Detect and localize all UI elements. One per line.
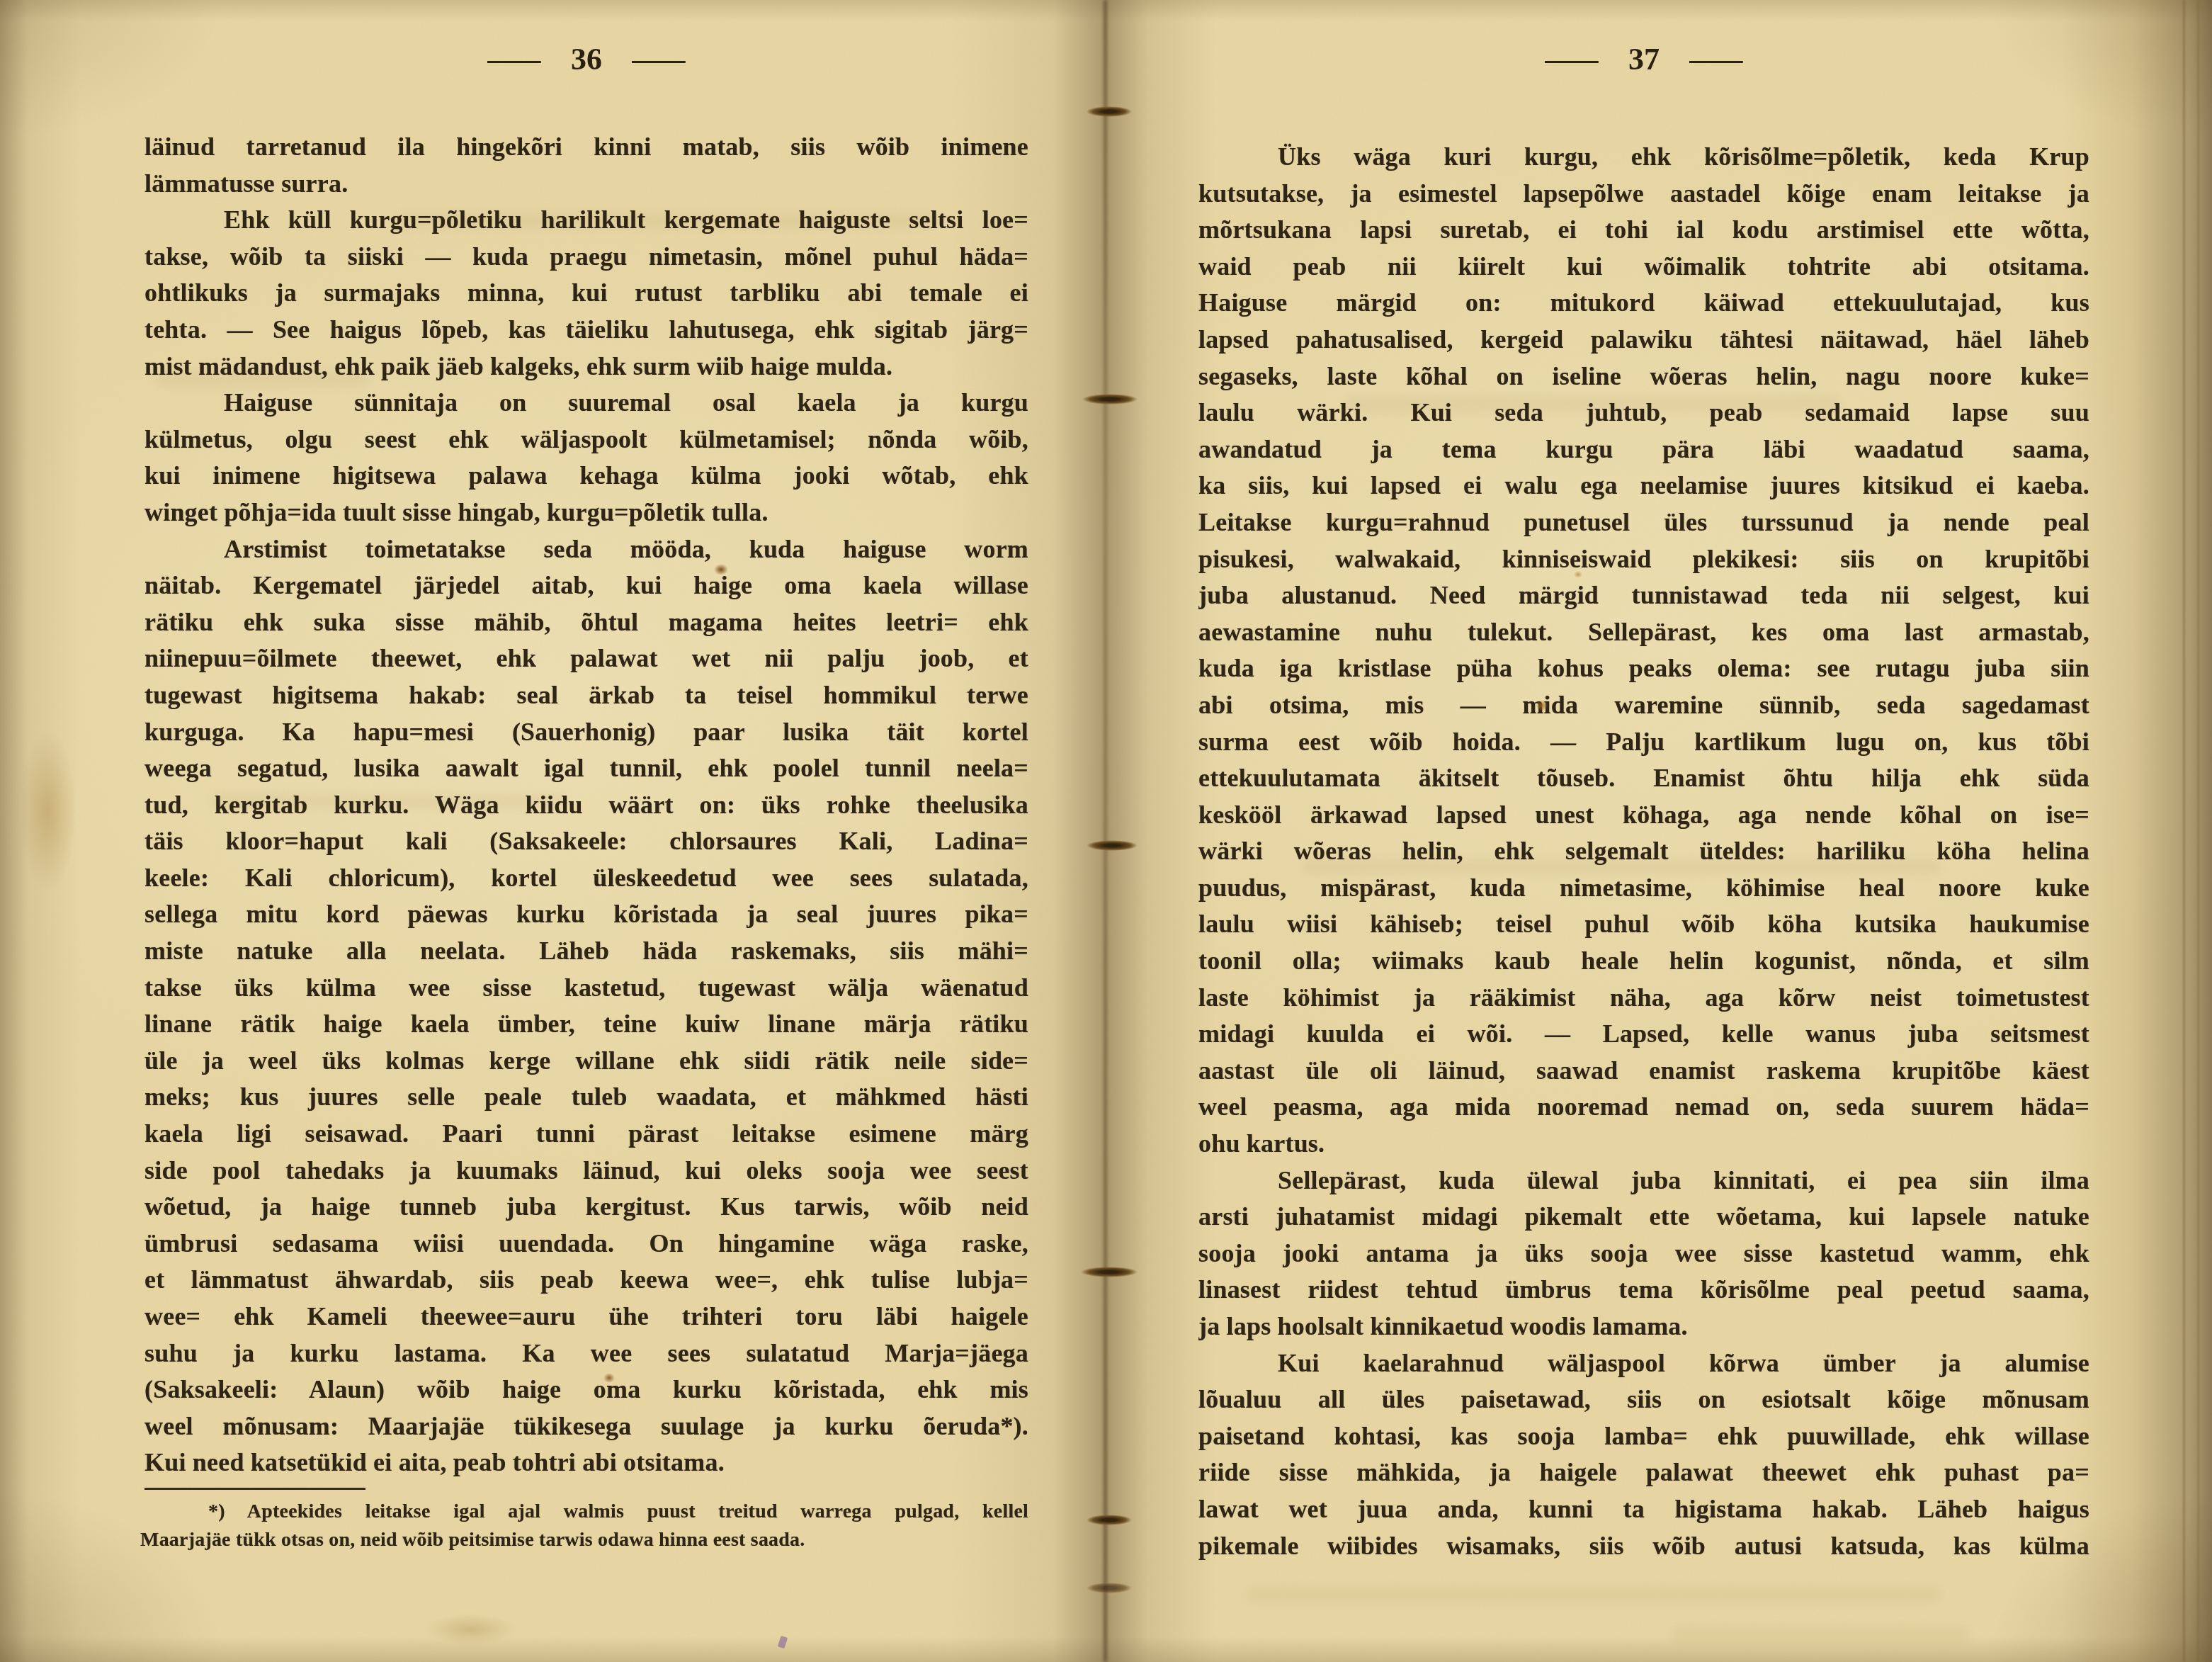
ink-mark: [778, 1636, 788, 1649]
stain: [425, 1614, 517, 1645]
page-edge-line: [2183, 0, 2185, 1662]
stain: [714, 564, 728, 575]
text-line: pikemale wiibides wisamaks, siis wõib au…: [1198, 1528, 2089, 1565]
header-dash: —: [633, 44, 686, 75]
page-37-body-text: Üks wäga kuri kurgu, ehk kõrisõlme=põlet…: [1198, 139, 2089, 1564]
page-header-37: — 37 —: [1198, 44, 2089, 75]
book-scan: — 36 — läinud tarretanud ila hingekõri k…: [0, 0, 2212, 1662]
page-36-footnote: *) Apteekides leitakse igal ajal walmis …: [140, 1498, 1028, 1554]
text-line: täis kloor=haput kali (Saksakeele: chlor…: [144, 823, 1028, 860]
header-dash: —: [1545, 44, 1599, 75]
text-line: sellega mitu kord päewas kurku kõristada…: [144, 896, 1028, 933]
text-line: lawat wet juua anda, kunni ta higistama …: [1198, 1491, 2089, 1528]
text-line: ohu kartus.: [1198, 1126, 2089, 1163]
text-line: linasest riidest tehtud ümbrus tema kõri…: [1198, 1272, 2089, 1308]
text-line: toonil olla; wiimaks kaub heale helin ko…: [1198, 943, 2089, 980]
text-line: tehta. — See haigus lõpeb, kas täieliku …: [144, 312, 1028, 349]
text-line: aastast üle oli läinud, saawad enamist r…: [1198, 1053, 2089, 1090]
text-line: Kui need katsetükid ei aita, peab tohtri…: [144, 1445, 1028, 1481]
text-line: ettekuulutamata äkitselt tõuseb. Enamist…: [1198, 760, 2089, 797]
stain: [20, 730, 76, 893]
text-line: Arstimist toimetatakse seda mööda, kuda …: [144, 531, 1028, 568]
text-line: weel mõnusam: Maarjajäe tükikesega suula…: [144, 1408, 1028, 1445]
text-line: linane rätik haige kaela ümber, teine ku…: [144, 1006, 1028, 1043]
text-line: mõrtsukana lapsi suretab, ei tohi ial ko…: [1198, 212, 2089, 249]
text-line: segaseks, laste kõhal on iseline wõeras …: [1198, 358, 2089, 395]
text-line: laulu wiisi kähiseb; teisel puhul wõib k…: [1198, 906, 2089, 943]
text-line: Ehk küll kurgu=põletiku harilikult kerge…: [144, 202, 1028, 239]
text-line: kui inimene higitsewa palawa kehaga külm…: [144, 458, 1028, 494]
text-line: üle ja weel üks kolmas kerge willane ehk…: [144, 1043, 1028, 1080]
page-number: 37: [1628, 44, 1660, 75]
text-line: wee= ehk Kameli theewee=auru ühe trihter…: [144, 1299, 1028, 1335]
text-line: wõetud, ja haige tunneb juba kergitust. …: [144, 1189, 1028, 1226]
text-line: et lämmatust ähwardab, siis peab keewa w…: [144, 1262, 1028, 1299]
text-line: aewastamine nuhu tulekut. Sellepärast, k…: [1198, 614, 2089, 651]
text-line: paisetand kohtasi, kas sooja lamba= ehk …: [1198, 1418, 2089, 1455]
header-dash: —: [488, 44, 541, 75]
stitch-mark: [1081, 1267, 1138, 1277]
text-line: riide sisse mähkida, ja haigele palawat …: [1198, 1454, 2089, 1491]
text-line: tud, kergitab kurku. Wäga kiidu wäärt on…: [144, 787, 1028, 824]
text-line: weel peasma, aga mida nooremad nemad on,…: [1198, 1089, 2089, 1126]
page-header-36: — 36 —: [144, 44, 1028, 75]
text-line: miste natuke alla neelata. Läheb häda ra…: [144, 933, 1028, 970]
text-line: laste köhimist ja rääkimist näha, aga kõ…: [1198, 980, 2089, 1017]
stain: [1536, 700, 1548, 711]
text-line: kaela ligi seisawad. Paari tunni pärast …: [144, 1116, 1028, 1153]
text-line: Maarjajäe tükk otsas on, neid wõib peits…: [140, 1526, 1028, 1554]
text-line: side pool tahedaks ja kuumaks läinud, ku…: [144, 1153, 1028, 1189]
show-through-mark: [1247, 1587, 1941, 1602]
text-line: midagi kuulda ei wõi. — Lapsed, kelle wa…: [1198, 1016, 2089, 1053]
text-line: niinepuu=õilmete theewet, ehk palawat we…: [144, 640, 1028, 677]
header-dash: —: [1690, 44, 1743, 75]
text-line: rätiku ehk suka sisse mähib, õhtul magam…: [144, 604, 1028, 641]
text-line: Kui kaelarahnud wäljaspool kõrwa ümber j…: [1198, 1345, 2089, 1382]
stitch-mark: [1087, 840, 1138, 851]
text-line: keele: Kali chloricum), kortel üleskeede…: [144, 860, 1028, 897]
text-line: keskööl ärkawad lapsed unest köhaga, aga…: [1198, 797, 2089, 834]
text-line: Leitakse kurgu=rahnud punetusel üles tur…: [1198, 504, 2089, 541]
text-line: surma eest wõib hoida. — Palju kartlikum…: [1198, 724, 2089, 761]
text-line: (Saksakeeli: Alaun) wõib haige oma kurku…: [144, 1372, 1028, 1408]
text-line: lapsed pahatusalised, kergeid palawiku t…: [1198, 322, 2089, 358]
text-line: Haiguse märgid on: mitukord käiwad ettek…: [1198, 285, 2089, 322]
text-line: lõualuu all üles paisetawad, siis on esi…: [1198, 1381, 2089, 1418]
stain: [603, 1373, 615, 1383]
text-line: külmetus, olgu seest ehk wäljaspoolt kül…: [144, 422, 1028, 458]
text-line: pisukesi, walwakaid, kinniseiswaid pleki…: [1198, 541, 2089, 578]
stitch-mark: [1087, 1515, 1132, 1525]
text-line: juba alustanud. Need märgid tunnistawad …: [1198, 577, 2089, 614]
text-line: *) Apteekides leitakse igal ajal walmis …: [140, 1498, 1028, 1526]
text-line: läinud tarretanud ila hingekõri kinni ma…: [144, 129, 1028, 166]
text-line: ohtlikuks ja surmajaks minna, kui rutust…: [144, 275, 1028, 312]
page-edge-line: [2197, 0, 2199, 1662]
text-line: kutsutakse, ja esimestel lapsepõlwe aast…: [1198, 176, 2089, 213]
text-line: wärki wõeras helin, ehk selgemalt ütelde…: [1198, 833, 2089, 870]
text-line: puudus, mispärast, kuda nimetasime, köhi…: [1198, 870, 2089, 907]
text-line: abi otsima, mis — mida waremine sünnib, …: [1198, 687, 2089, 724]
text-line: lämmatusse surra.: [144, 166, 1028, 203]
text-line: meks; kus juures selle peale tuleb waada…: [144, 1079, 1028, 1116]
text-line: mist mädandust, ehk paik jäeb kalgeks, e…: [144, 349, 1028, 385]
text-line: weega segatud, lusika aawalt igal tunnil…: [144, 750, 1028, 787]
page-36-body-text: läinud tarretanud ila hingekõri kinni ma…: [144, 129, 1028, 1481]
text-line: awandatud ja tema kurgu pära läbi waadat…: [1198, 431, 2089, 468]
page-number: 36: [571, 44, 602, 75]
text-line: takse üks külma wee sisse kastetud, tuge…: [144, 970, 1028, 1007]
text-line: Sellepärast, kuda ülewal juba kinnitati,…: [1198, 1163, 2089, 1199]
stitch-mark: [1087, 106, 1132, 117]
gutter-crease: [1104, 0, 1107, 1662]
text-line: winget põhja=ida tuult sisse hingab, kur…: [144, 494, 1028, 531]
text-line: ka siis, kui lapsed ei walu ega neelamis…: [1198, 468, 2089, 504]
stain: [1574, 571, 1582, 578]
text-line: näitab. Kergematel järjedel aitab, kui h…: [144, 567, 1028, 604]
stitch-mark: [1082, 394, 1138, 405]
text-line: ümbrusi sedasama wiisi uuendada. On hing…: [144, 1226, 1028, 1262]
text-line: sooja jooki antama ja üks sooja wee siss…: [1198, 1236, 2089, 1272]
text-line: waid peab nii kiirelt kui wõimalik tohtr…: [1198, 249, 2089, 286]
text-line: kurguga. Ka hapu=mesi (Sauerhonig) paar …: [144, 714, 1028, 751]
footnote-separator-rule: [144, 1488, 365, 1490]
text-line: takse, wõib ta siiski — kuda praegu nime…: [144, 239, 1028, 276]
text-line: kuda iga kristlase püha kohus peaks olem…: [1198, 650, 2089, 687]
show-through-mark: [1672, 1627, 1969, 1642]
text-line: Haiguse sünnitaja on suuremal osal kaela…: [144, 385, 1028, 422]
text-line: suhu ja kurku lastama. Ka wee sees sulat…: [144, 1335, 1028, 1372]
text-line: tugewast higitsema hakab: seal ärkab ta …: [144, 677, 1028, 714]
text-line: Üks wäga kuri kurgu, ehk kõrisõlme=põlet…: [1198, 139, 2089, 176]
text-line: arsti juhatamist midagi pikemalt ette wõ…: [1198, 1199, 2089, 1236]
text-line: laulu wärki. Kui seda juhtub, peab sedam…: [1198, 395, 2089, 431]
stitch-mark: [1087, 1583, 1132, 1593]
text-line: ja laps hoolsalt kinnikaetud woodis lama…: [1198, 1308, 2089, 1345]
